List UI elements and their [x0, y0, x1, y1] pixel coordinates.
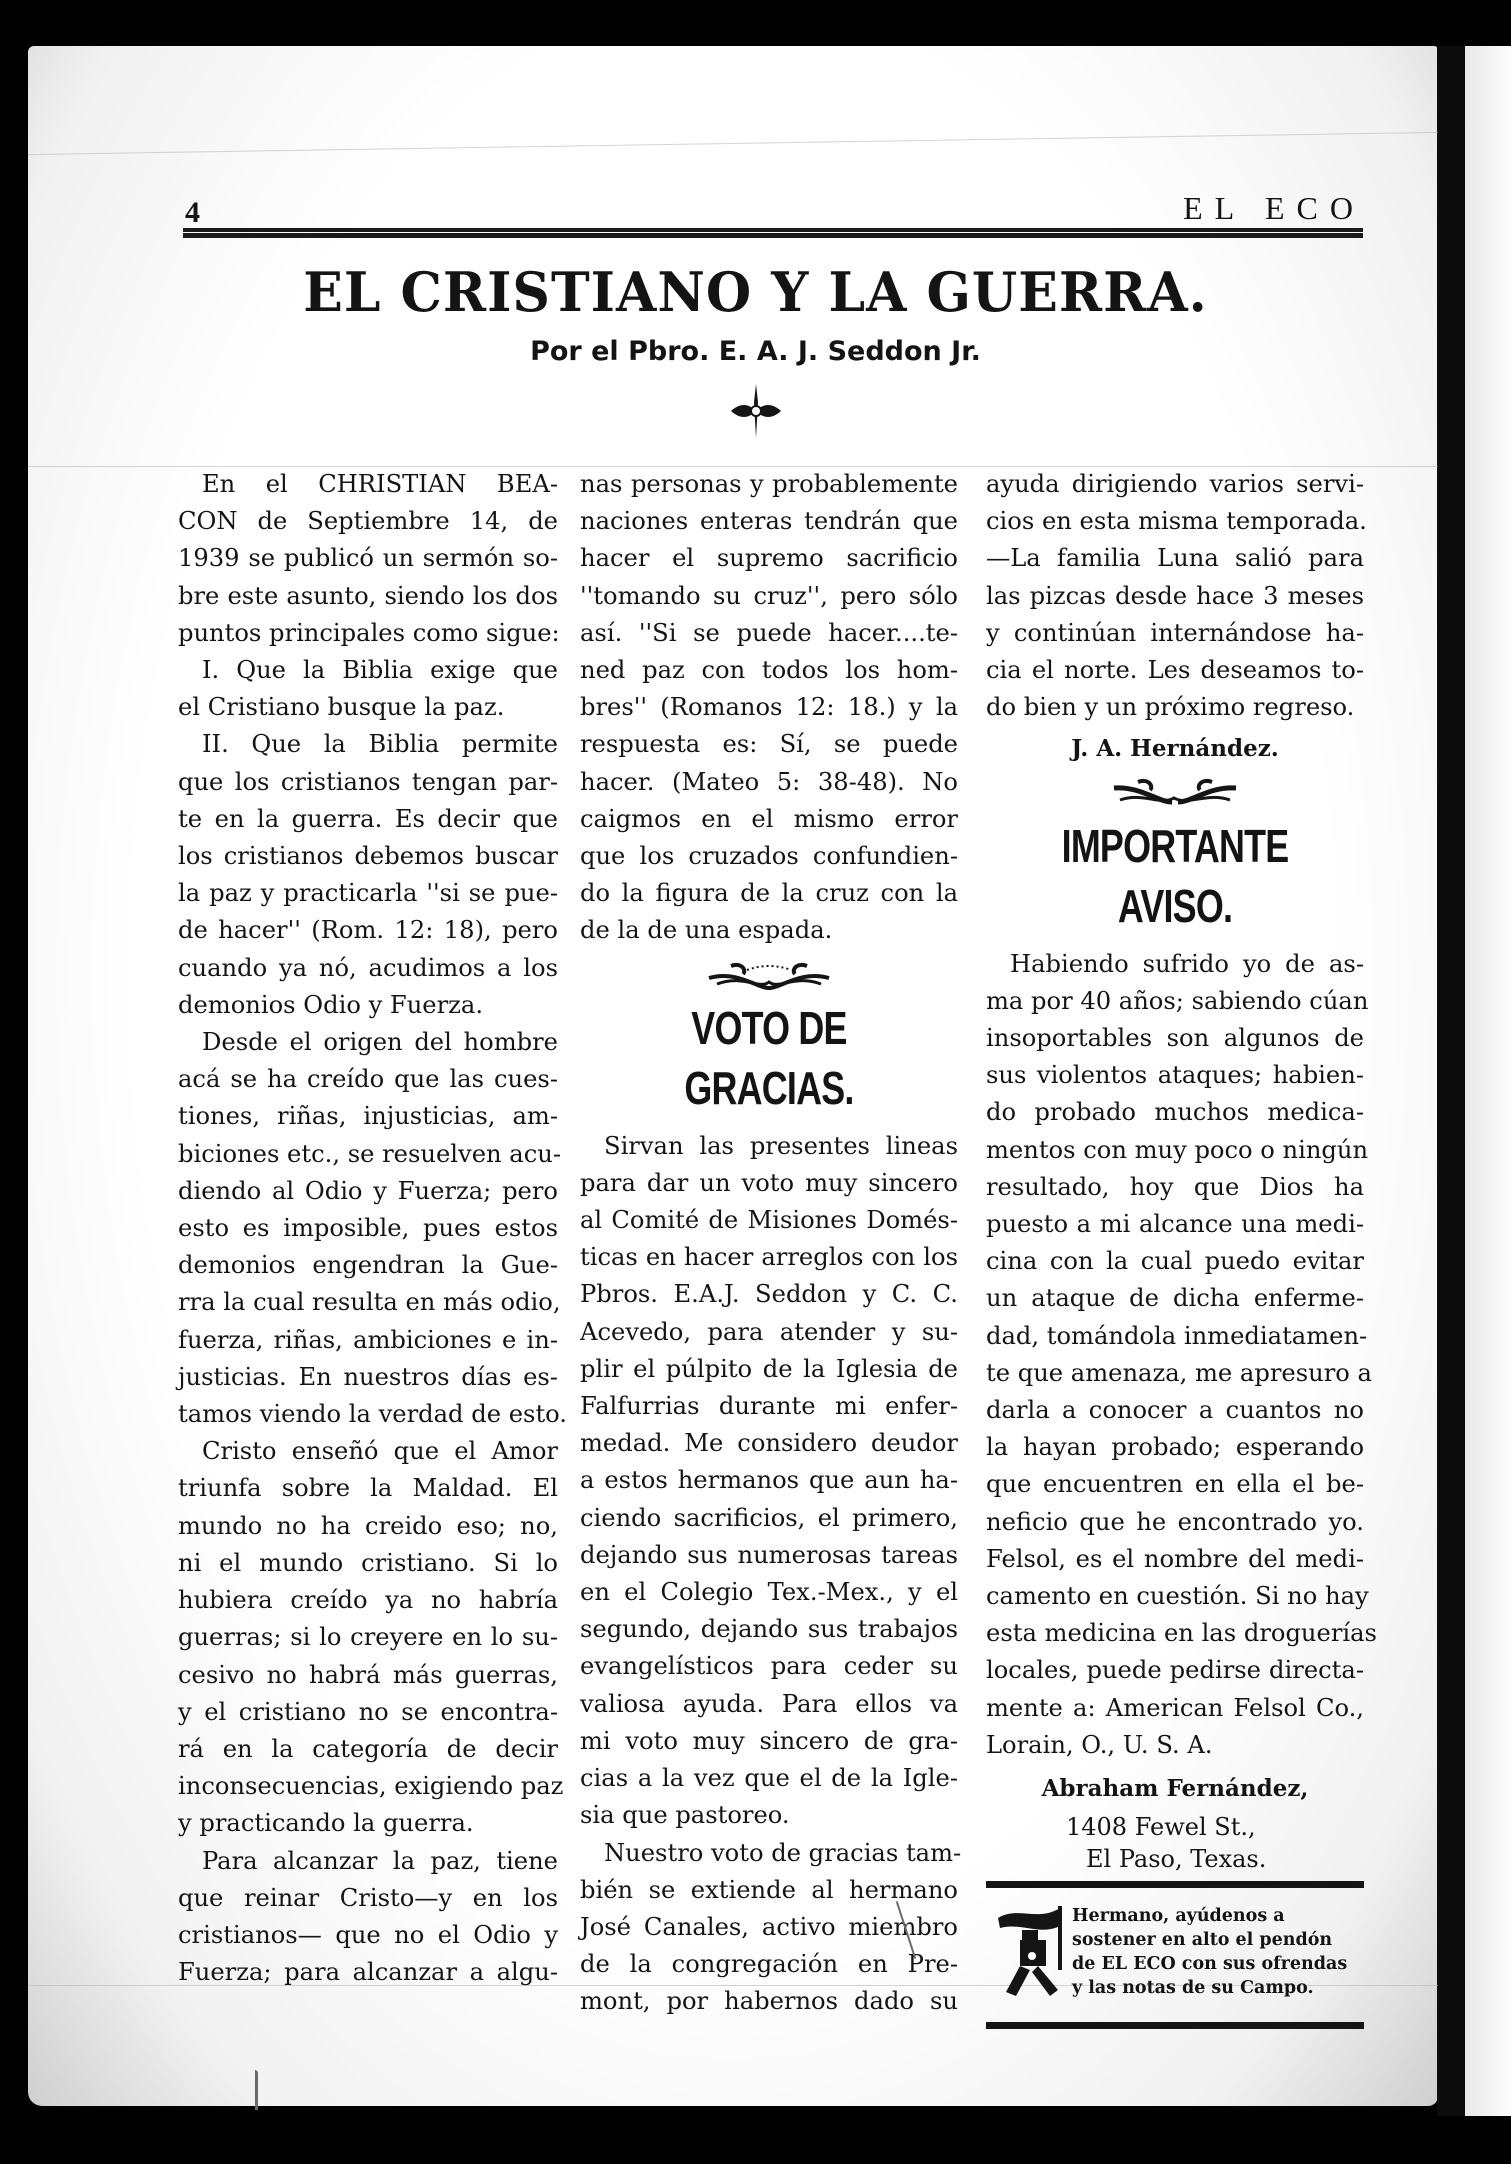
text-line: que los cruzados confundien-	[580, 838, 958, 875]
text-line: camento en cuestión. Si no hay	[986, 1578, 1364, 1615]
notice-signer-city: El Paso, Texas.	[986, 1843, 1364, 1875]
thanks-body-part-2: ayuda dirigiendo varios servi-cios en es…	[986, 466, 1364, 726]
text-line: cias a la vez que el de la Igle-	[580, 1760, 958, 1797]
text-line: rra la cual resulta en más odio,	[178, 1284, 558, 1321]
flag-bearer-icon	[998, 1904, 1066, 2004]
text-line: cristianos— que no el Odio y	[178, 1917, 558, 1954]
text-line: ma por 40 años; sabiendo cúan	[986, 983, 1364, 1020]
text-line: neficio que he encontrado yo.	[986, 1504, 1364, 1541]
page-number: 4	[185, 196, 200, 230]
text-line: do probado muchos medica-	[986, 1094, 1364, 1131]
text-line: demonios engendran la Gue-	[178, 1247, 558, 1284]
thanks-body-part-1: Sirvan las presentes lineaspara dar un v…	[580, 1128, 958, 2021]
text-line: sia que pastoreo.	[580, 1797, 958, 1834]
text-line: dad, tomándola inmediatamen-	[986, 1318, 1364, 1355]
text-line: Cristo enseñó que el Amor	[178, 1433, 558, 1470]
promo-bottom-rule	[986, 2022, 1364, 2029]
article-body-part-2: nas personas y probablementenaciones ent…	[580, 466, 958, 950]
scroll-ornament-icon	[707, 960, 831, 992]
text-line: hubiera creído ya no habría	[178, 1582, 558, 1619]
text-line: insoportables son algunos de	[986, 1020, 1364, 1057]
notice-signer-name: Abraham Fernández,	[986, 1770, 1364, 1807]
text-line: Falfurrias durante mi enfer-	[580, 1388, 958, 1425]
text-line: biciones etc., se resuelven acu-	[178, 1136, 558, 1173]
text-line: acá se ha creído que las cues-	[178, 1061, 558, 1098]
column-3: ayuda dirigiendo varios servi-cios en es…	[986, 466, 1364, 2035]
text-line: Fuerza; para alcanzar a algu-	[178, 1954, 558, 1991]
support-appeal-box: Hermano, ayúdenos a sostener en alto el …	[986, 1894, 1364, 2016]
text-line: do bien y un próximo regreso.	[986, 689, 1364, 726]
text-line: resultado, hoy que Dios ha	[986, 1169, 1364, 1206]
text-line: la paz y practicarla ''si se pue-	[178, 875, 558, 912]
text-line: te que amenaza, me apresuro a	[986, 1355, 1364, 1392]
text-line: nas personas y probablemente	[580, 466, 958, 503]
text-line: tiones, riñas, injusticias, am-	[178, 1098, 558, 1135]
text-line: los cristianos debemos buscar	[178, 838, 558, 875]
text-line: —La familia Luna salió para	[986, 540, 1364, 577]
text-line: que los cristianos tengan par-	[178, 764, 558, 801]
publication-name: EL ECO	[1183, 190, 1365, 227]
text-line: sus violentos ataques; habien-	[986, 1057, 1364, 1094]
text-line: plir el púlpito de la Iglesia de	[580, 1351, 958, 1388]
text-line: hacer. (Mateo 5: 38-48). No	[580, 764, 958, 801]
text-line: respuesta es: Sí, se puede	[580, 726, 958, 763]
column-1: En el CHRISTIAN BEA-CON de Septiembre 14…	[178, 466, 558, 1991]
text-line: Sirvan las presentes lineas	[580, 1128, 958, 1165]
text-line: ''tomando su cruz'', pero sólo	[580, 578, 958, 615]
text-line: I. Que la Biblia exige que	[178, 652, 558, 689]
text-line: II. Que la Biblia permite	[178, 726, 558, 763]
text-line: esto es imposible, pues estos	[178, 1210, 558, 1247]
text-line: cina con la cual puedo evitar	[986, 1243, 1364, 1280]
text-line: tamos viendo la verdad de esto.	[178, 1396, 558, 1433]
promo-top-rule	[986, 1881, 1364, 1888]
text-line: do la figura de la cruz con la	[580, 875, 958, 912]
text-line: Pbros. E.A.J. Seddon y C. C.	[580, 1276, 958, 1313]
text-line: mente a: American Felsol Co.,	[986, 1690, 1364, 1727]
text-line: En el CHRISTIAN BEA-	[178, 466, 558, 503]
notice-title: IMPORTANTE AVISO.	[1028, 816, 1323, 936]
text-line: y continúan internándose ha-	[986, 615, 1364, 652]
text-line: bre este asunto, siendo los dos	[178, 578, 558, 615]
text-line: Nuestro voto de gracias tam-	[580, 1835, 958, 1872]
thanks-signature: J. A. Hernández.	[986, 730, 1364, 767]
article-byline: Por el Pbro. E. A. J. Seddon Jr.	[0, 336, 1511, 367]
text-line: darla a conocer a cuantos no	[986, 1392, 1364, 1429]
text-line: cia el norte. Les deseamos to-	[986, 652, 1364, 689]
text-line: mi voto muy sincero de gra-	[580, 1723, 958, 1760]
text-line: segundo, dejando sus trabajos	[580, 1611, 958, 1648]
text-line: cesivo no habrá más guerras,	[178, 1657, 558, 1694]
text-line: Habiendo sufrido yo de as-	[986, 946, 1364, 983]
text-line: Acevedo, para atender y su-	[580, 1314, 958, 1351]
text-line: la hayan probado; esperando	[986, 1429, 1364, 1466]
text-line: ticas en hacer arreglos con los	[580, 1239, 958, 1276]
text-line: a estos hermanos que aun ha-	[580, 1462, 958, 1499]
text-line: las pizcas desde hace 3 meses	[986, 578, 1364, 615]
notice-body: Habiendo sufrido yo de as-ma por 40 años…	[986, 946, 1364, 1764]
text-line: mundo no ha creido eso; no,	[178, 1508, 558, 1545]
text-line: y practicando la guerra.	[178, 1805, 558, 1842]
text-line: 1939 se publicó un sermón so-	[178, 540, 558, 577]
text-line: rá en la categoría de decir	[178, 1731, 558, 1768]
text-line: ned paz con todos los hom-	[580, 652, 958, 689]
text-line: medad. Me considero deudor	[580, 1425, 958, 1462]
text-line: ni el mundo cristiano. Si lo	[178, 1545, 558, 1582]
text-line: mont, por habernos dado su	[580, 1983, 958, 2020]
text-line: Lorain, O., U. S. A.	[986, 1727, 1364, 1764]
text-line: de hacer'' (Rom. 12: 18), pero	[178, 912, 558, 949]
text-line: valiosa ayuda. Para ellos va	[580, 1686, 958, 1723]
text-line: puntos principales como sigue:	[178, 615, 558, 652]
text-line: demonios Odio y Fuerza.	[178, 987, 558, 1024]
text-line: fuerza, riñas, ambiciones e in-	[178, 1322, 558, 1359]
text-line: inconsecuencias, exigiendo paz	[178, 1768, 558, 1805]
column-2: nas personas y probablementenaciones ent…	[580, 466, 958, 2021]
text-line: cuando ya nó, acudimos a los	[178, 950, 558, 987]
text-line: Desde el origen del hombre	[178, 1024, 558, 1061]
text-line: diendo al Odio y Fuerza; pero	[178, 1173, 558, 1210]
header-double-rule	[183, 228, 1363, 238]
text-line: naciones enteras tendrán que	[580, 503, 958, 540]
article-title: EL CRISTIANO Y LA GUERRA.	[0, 260, 1511, 324]
text-line: Para alcanzar la paz, tiene	[178, 1843, 558, 1880]
text-line: te en la guerra. Es decir que	[178, 801, 558, 838]
fleuron-ornament-icon	[731, 384, 781, 438]
text-line: guerras; si lo creyere en lo su-	[178, 1619, 558, 1656]
text-line: un ataque de dicha enferme-	[986, 1280, 1364, 1317]
text-line: triunfa sobre la Maldad. El	[178, 1470, 558, 1507]
text-line: bres'' (Romanos 12: 18.) y la	[580, 689, 958, 726]
text-line: de la congregación en Pre-	[580, 1946, 958, 1983]
text-line: mentos con muy poco o ningún	[986, 1132, 1364, 1169]
text-line: así. ''Si se puede hacer....te-	[580, 615, 958, 652]
article-body-part-1: En el CHRISTIAN BEA-CON de Septiembre 14…	[178, 466, 558, 1991]
text-line: que reinar Cristo—y en los	[178, 1880, 558, 1917]
text-line: el Cristiano busque la paz.	[178, 689, 558, 726]
text-line: en el Colegio Tex.-Mex., y el	[580, 1574, 958, 1611]
text-line: para dar un voto muy sincero	[580, 1165, 958, 1202]
text-line: ayuda dirigiendo varios servi-	[986, 466, 1364, 503]
text-line: CON de Septiembre 14, de	[178, 503, 558, 540]
text-line: bién se extiende al hermano	[580, 1872, 958, 1909]
notice-signer-street: 1408 Fewel St.,	[986, 1811, 1364, 1843]
paper-crease	[255, 2070, 258, 2110]
support-appeal-text: Hermano, ayúdenos a sostener en alto el …	[1072, 1904, 1360, 2000]
text-line: de la de una espada.	[580, 912, 958, 949]
thanks-title: VOTO DE GRACIAS.	[622, 998, 917, 1118]
text-line: justicias. En nuestros días es-	[178, 1359, 558, 1396]
text-line: caigmos en el mismo error	[580, 801, 958, 838]
text-line: puesto a mi alcance una medi-	[986, 1206, 1364, 1243]
text-line: hacer el supremo sacrificio	[580, 540, 958, 577]
text-line: al Comité de Misiones Domés-	[580, 1202, 958, 1239]
text-line: evangelísticos para ceder su	[580, 1648, 958, 1685]
text-line: cios en esta misma temporada.	[986, 503, 1364, 540]
text-line: dejando sus numerosas tareas	[580, 1537, 958, 1574]
text-line: ciendo sacrificios, el primero,	[580, 1500, 958, 1537]
scroll-ornament-icon	[1110, 778, 1240, 810]
text-line: y el cristiano no se encontra-	[178, 1694, 558, 1731]
text-line: esta medicina en las droguerías	[986, 1615, 1364, 1652]
text-line: locales, puede pedirse directa-	[986, 1652, 1364, 1689]
text-line: Felsol, es el nombre del medi-	[986, 1541, 1364, 1578]
text-line: que encuentren en ella el be-	[986, 1466, 1364, 1503]
